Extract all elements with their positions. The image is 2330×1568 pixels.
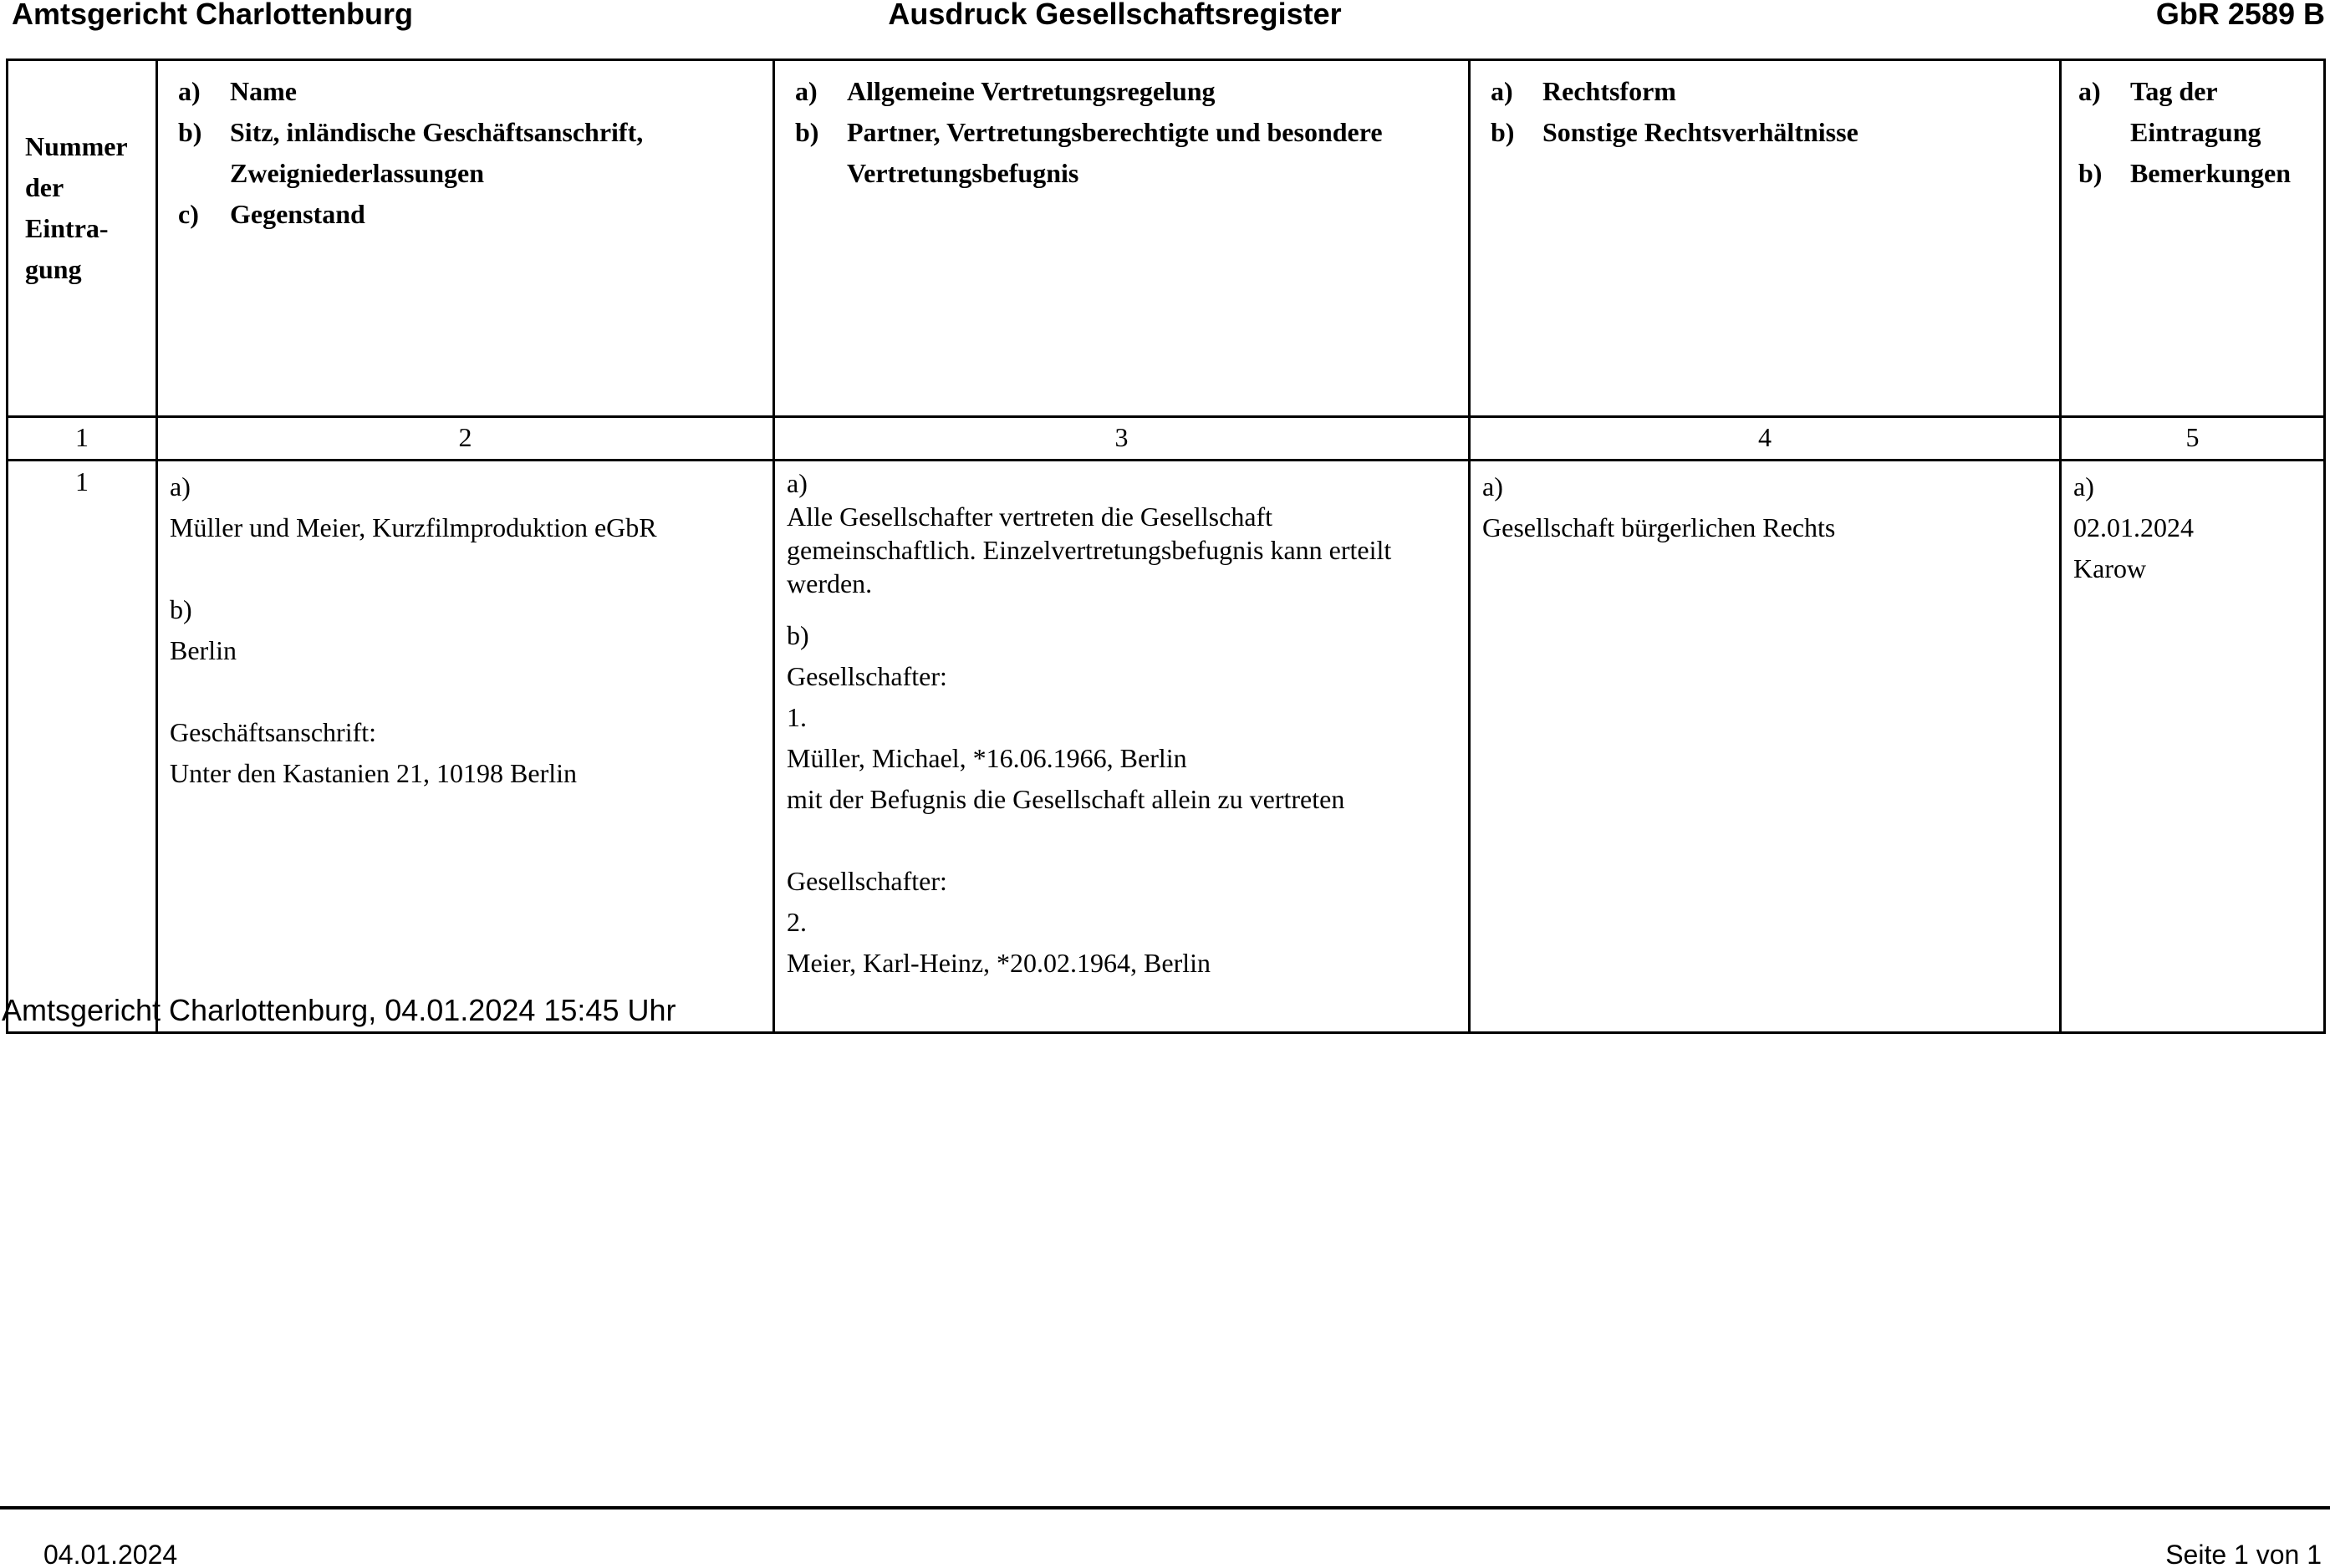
entry-col-2: a) Müller und Meier, Kurzfilmproduktion … <box>157 461 774 1033</box>
item-label: Name <box>230 71 772 112</box>
entry-col-3: a) Alle Gesellschafter vertreten die Ges… <box>774 461 1470 1033</box>
partner-note: mit der Befugnis die Gesellschaft allein… <box>787 779 1458 820</box>
header-text: gung <box>25 249 156 290</box>
header-col-2: a)Name b)Sitz, inländische Geschäftsansc… <box>157 60 774 417</box>
header-row: Nummer der Eintra- gung a)Name b)Sitz, i… <box>8 60 2325 417</box>
item-key: b) <box>795 112 847 194</box>
item-label: Allgemeine Vertretungsregelung <box>847 71 1468 112</box>
register-number: GbR 2589 B <box>2156 0 2325 32</box>
column-number: 5 <box>2061 417 2325 461</box>
sub-label: a) <box>2073 466 2313 507</box>
item-label: Rechtsform <box>1542 71 2059 112</box>
general-representation-rule: Alle Gesellschafter vertreten die Gesell… <box>787 500 1458 600</box>
table-row: 1 a) Müller und Meier, Kurzfilmproduktio… <box>8 461 2325 1033</box>
item-label: Bemerkungen <box>2130 153 2323 194</box>
registration-date: 02.01.2024 <box>2073 507 2313 548</box>
partner-index: 2. <box>787 902 1458 943</box>
item-key: b) <box>1491 112 1542 153</box>
column-number-row: 1 2 3 4 5 <box>8 417 2325 461</box>
footer-date: 04.01.2024 <box>43 1540 177 1568</box>
partner-label: Gesellschafter: <box>787 861 1458 902</box>
issued-line: Amtsgericht Charlottenburg, 04.01.2024 1… <box>2 993 676 1028</box>
column-number: 1 <box>8 417 157 461</box>
partner-person: Müller, Michael, *16.06.1966, Berlin <box>787 738 1458 779</box>
business-address: Unter den Kastanien 21, 10198 Berlin <box>170 753 762 794</box>
header-text: Eintra- <box>25 208 156 249</box>
sub-label: b) <box>170 589 762 630</box>
item-key: a) <box>2078 71 2130 153</box>
item-key: b) <box>178 112 230 194</box>
register-table: Nummer der Eintra- gung a)Name b)Sitz, i… <box>6 59 2326 1034</box>
column-number: 3 <box>774 417 1470 461</box>
item-key: a) <box>178 71 230 112</box>
item-label: Gegenstand <box>230 194 772 235</box>
entry-number: 1 <box>8 461 157 1033</box>
column-number: 2 <box>157 417 774 461</box>
remark: Karow <box>2073 548 2313 589</box>
company-seat: Berlin <box>170 630 762 671</box>
item-label: Tag der Eintragung <box>2130 71 2323 153</box>
item-label: Sitz, inländische Geschäftsanschrift, Zw… <box>230 112 772 194</box>
item-label: Sonstige Rechtsverhältnisse <box>1542 112 2059 153</box>
partner-index: 1. <box>787 697 1458 738</box>
item-key: a) <box>1491 71 1542 112</box>
column-number: 4 <box>1470 417 2061 461</box>
sub-label: a) <box>170 466 762 507</box>
header-col-1: Nummer der Eintra- gung <box>8 60 157 417</box>
partner-person: Meier, Karl-Heinz, *20.02.1964, Berlin <box>787 943 1458 984</box>
entry-col-4: a) Gesellschaft bürgerlichen Rechts <box>1470 461 2061 1033</box>
legal-form: Gesellschaft bürgerlichen Rechts <box>1482 507 2049 548</box>
item-label: Partner, Vertretungsberechtigte und beso… <box>847 112 1468 194</box>
item-key: a) <box>795 71 847 112</box>
header-text: der <box>25 167 156 208</box>
company-name: Müller und Meier, Kurzfilmproduktion eGb… <box>170 507 762 548</box>
header-text: Nummer <box>25 126 156 167</box>
header-col-5: a)Tag der Eintragung b)Bemerkungen <box>2061 60 2325 417</box>
sub-label: b) <box>787 615 1458 656</box>
page-indicator: Seite 1 von 1 <box>2165 1540 2322 1568</box>
sub-label: a) <box>787 466 1458 500</box>
item-key: c) <box>178 194 230 235</box>
entry-col-5: a) 02.01.2024 Karow <box>2061 461 2325 1033</box>
header-col-4: a)Rechtsform b)Sonstige Rechtsverhältnis… <box>1470 60 2061 417</box>
sub-label: a) <box>1482 466 2049 507</box>
address-label: Geschäftsanschrift: <box>170 712 762 753</box>
footer-divider <box>0 1506 2330 1509</box>
partner-label: Gesellschafter: <box>787 656 1458 697</box>
header-col-3: a)Allgemeine Vertretungsregelung b)Partn… <box>774 60 1470 417</box>
document-title: Ausdruck Gesellschaftsregister <box>0 0 2230 32</box>
item-key: b) <box>2078 153 2130 194</box>
